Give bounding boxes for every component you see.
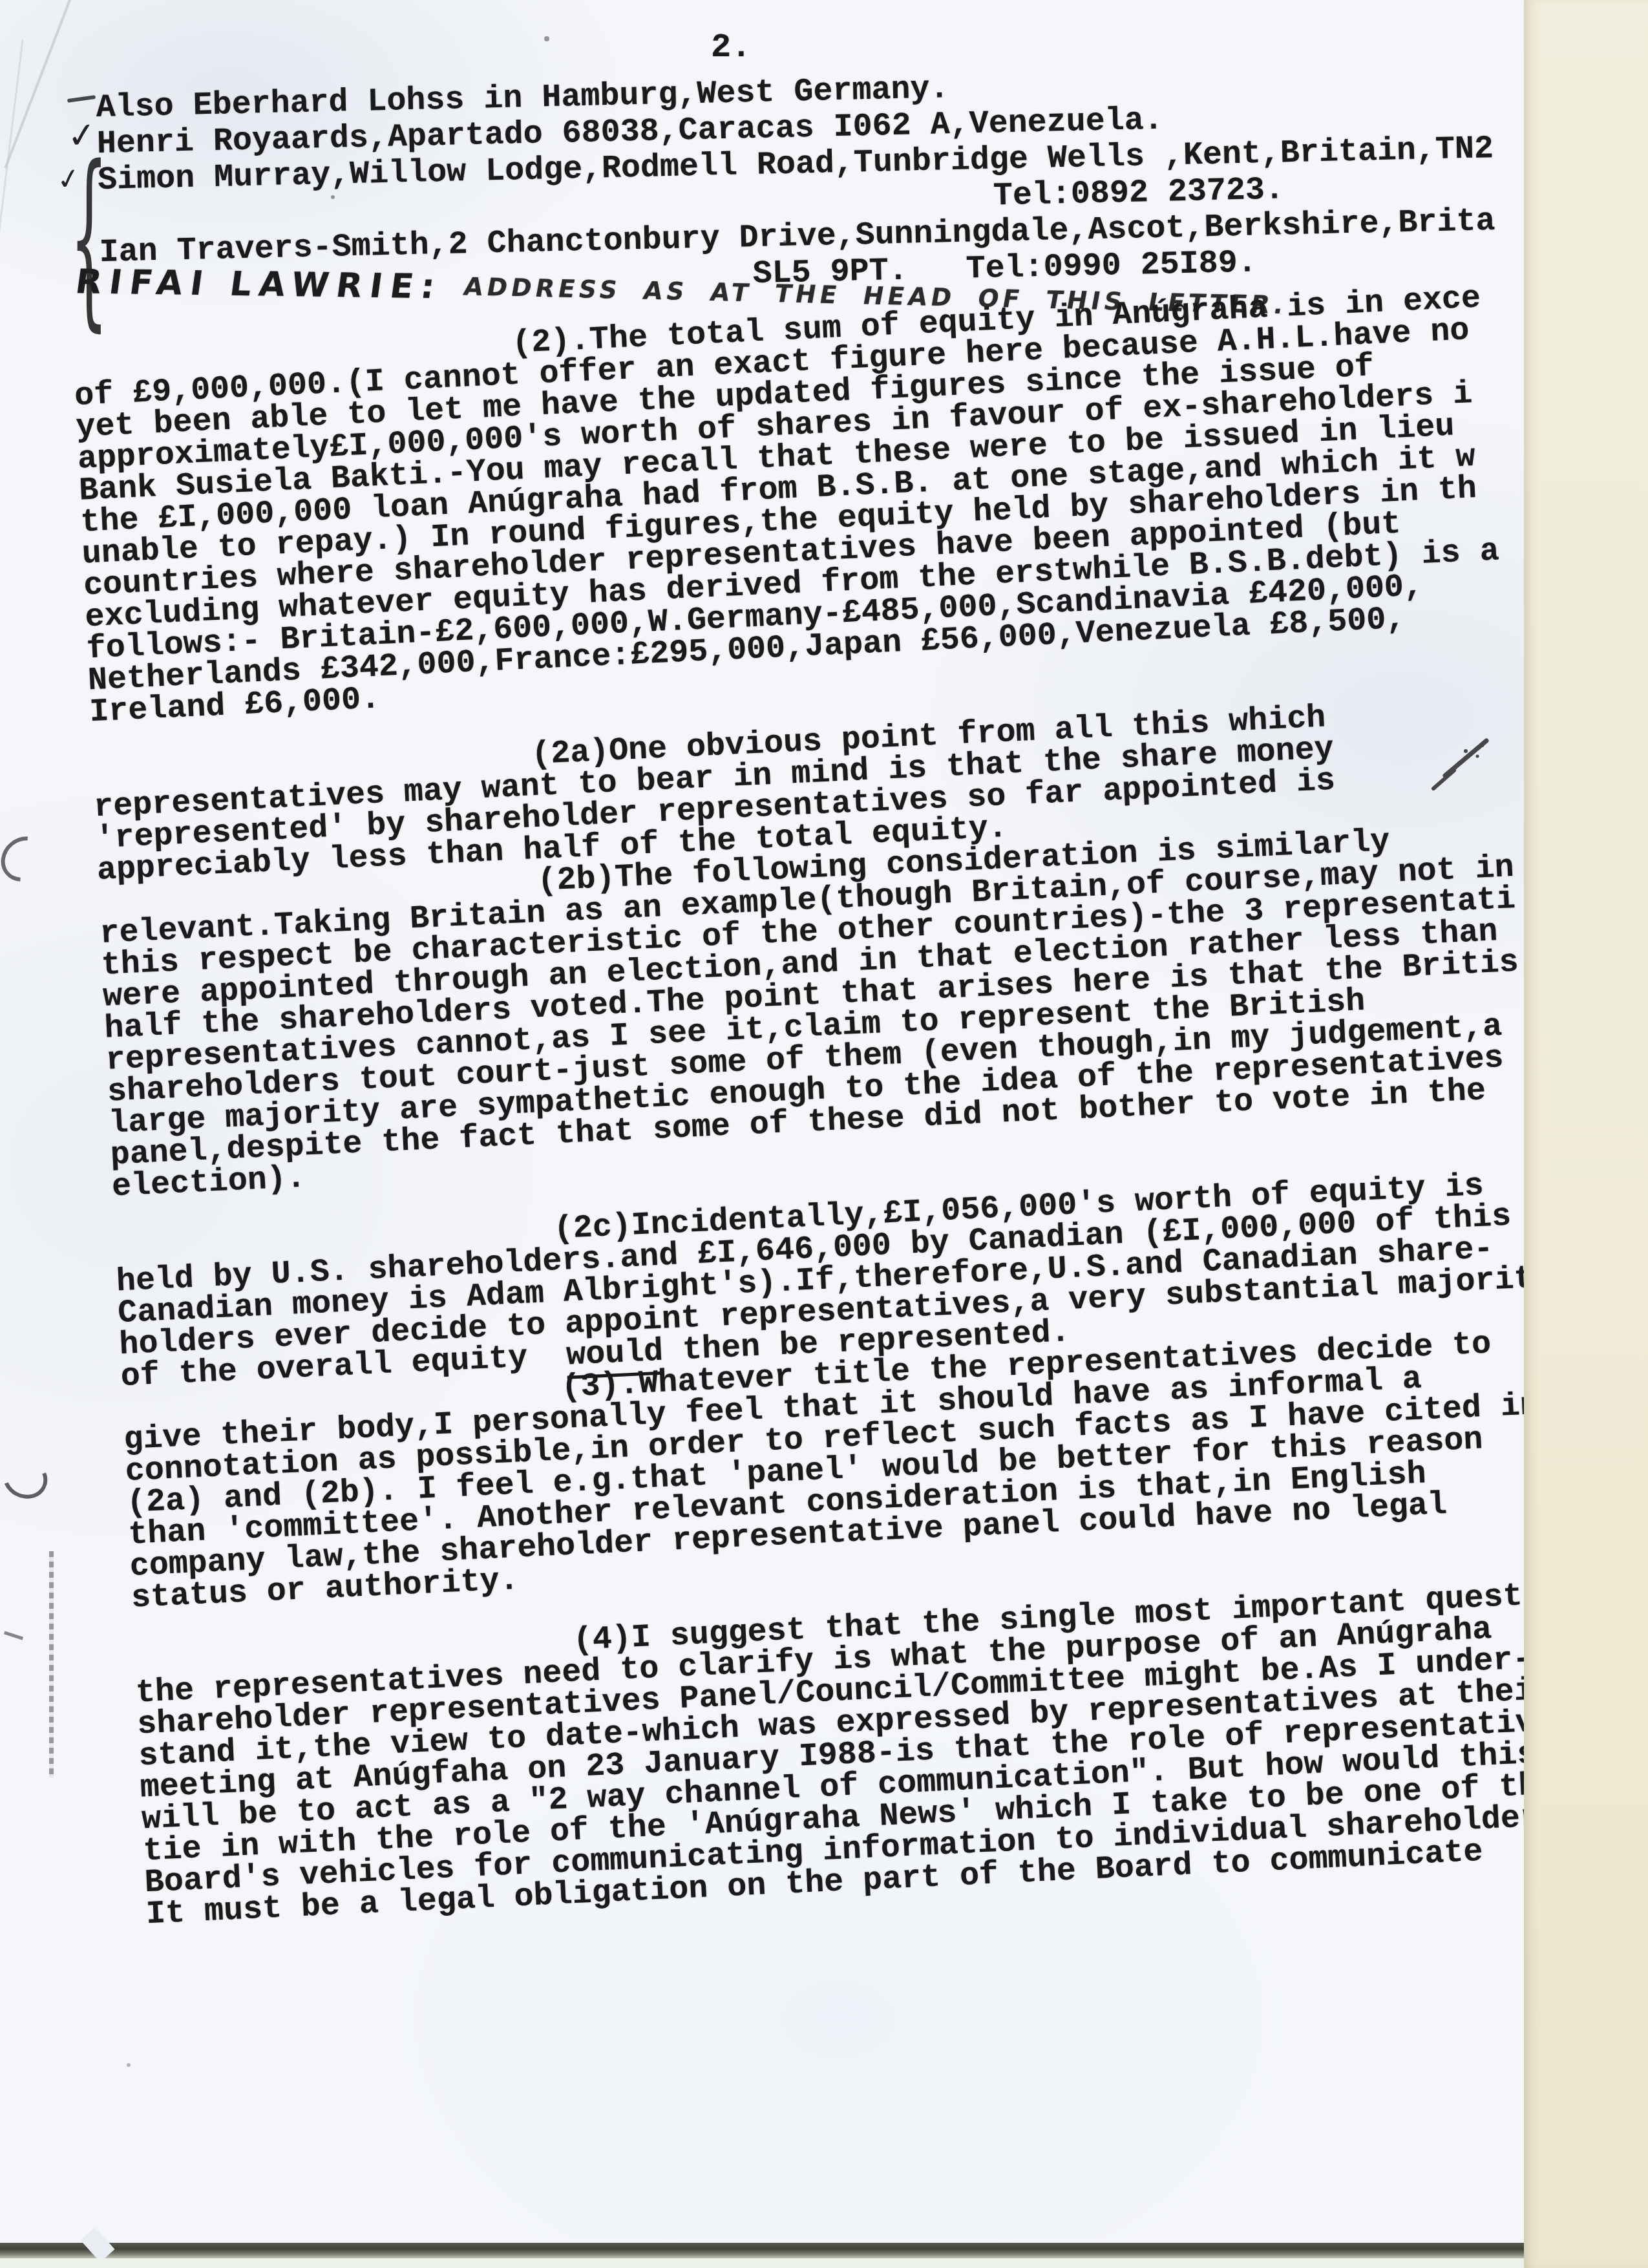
paragraph: (4)I suggest that the single most import… (134, 1573, 1524, 1931)
paper-sheet: 2. Also Eberhard Lohss in Hamburg,West G… (0, 0, 1524, 2243)
scanner-background-right (1524, 0, 1648, 2268)
pen-scratch-icon (1421, 729, 1505, 800)
paper-crease (4, 0, 76, 169)
scan-speck (783, 240, 787, 244)
address-block: Also Eberhard Lohss in Hamburg,West Germ… (96, 57, 1524, 308)
scanned-letter-page: 2. Also Eberhard Lohss in Hamburg,West G… (0, 0, 1648, 2268)
margin-dash-mark (67, 95, 96, 103)
scan-speck (544, 36, 549, 41)
pen-tick-mark (4, 1631, 23, 1640)
pen-arc-mark (0, 1450, 54, 1506)
page-number: 2. (711, 28, 751, 67)
paper-crease (0, 39, 24, 309)
pen-arc-mark (0, 827, 56, 891)
letter-body: (2).The total sum of equity in Anúgraha … (72, 275, 1524, 1931)
handwritten-name: RIFAI LAWRIE: (73, 262, 445, 306)
scan-speck (331, 195, 335, 199)
photocopy-streak (49, 1551, 54, 1777)
paper-bottom-shadow (0, 2243, 1524, 2258)
scanner-background-bottom (0, 2258, 1524, 2268)
margin-brace-icon: { (70, 141, 109, 332)
paragraph: (2).The total sum of equity in Anúgraha … (72, 275, 1524, 728)
scan-speck (127, 2063, 131, 2067)
